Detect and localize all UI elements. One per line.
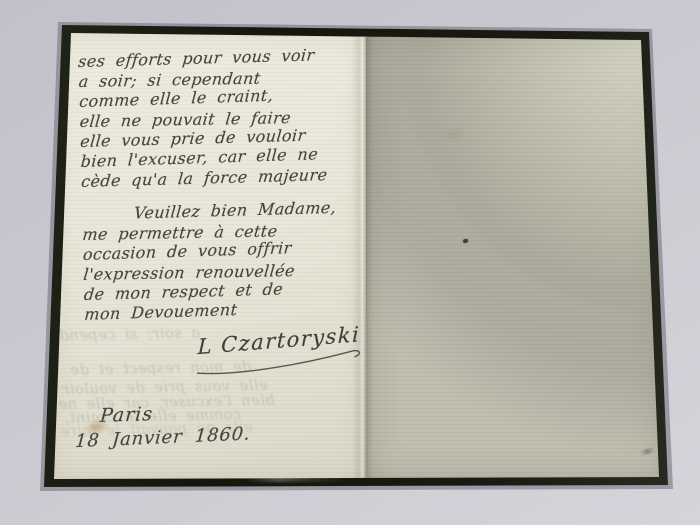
letter-photo: a soir; si cependant de mon respect et d… (0, 0, 700, 525)
paper-stain (443, 127, 465, 142)
letter-page-right (366, 28, 668, 484)
letter-paragraph: Veuillez bien Madame, me permettre à cet… (82, 198, 377, 325)
ink-showthrough-line: a soir; si cependant (60, 326, 200, 345)
letter-body: ses efforts pour vous voir a soir; si ce… (78, 45, 377, 325)
letter-paper: a soir; si cependant de mon respect et d… (0, 0, 700, 525)
letter-paragraph: ses efforts pour vous voir a soir; si ce… (78, 45, 373, 192)
